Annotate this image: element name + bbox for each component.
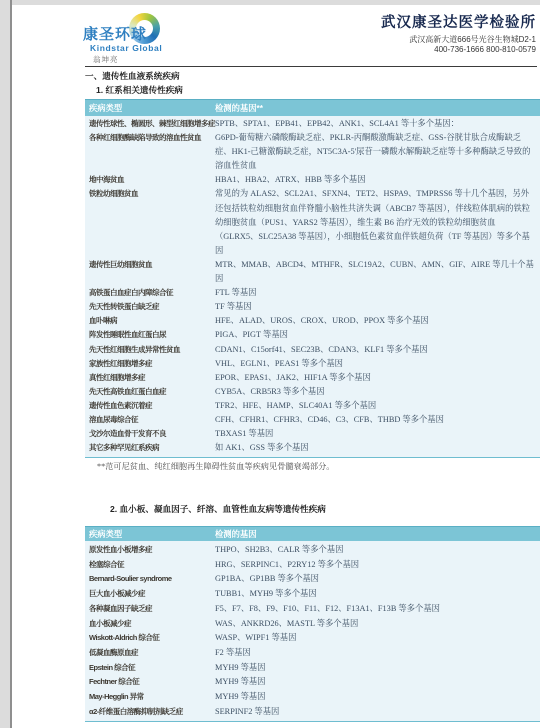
- org-address: 武汉高新大道666号光谷生物城D2-1: [381, 35, 536, 45]
- gene-list-cell: FTL 等基因: [215, 286, 540, 300]
- gene-list-cell: CYB5A、CRB5R3 等多个基因: [215, 385, 540, 399]
- gene-list-cell: CFH、CFHR1、CFHR3、CD46、C3、CFB、THBD 等多个基因: [215, 413, 540, 427]
- column-header-disease: 疾病类型: [85, 100, 215, 116]
- disease-name-cell: 真性红细胞增多症: [85, 371, 215, 385]
- table-row: 栓塞综合征 HRG、SERPINC1、P2RY12 等多个基因: [85, 558, 540, 573]
- table-row: 其它多种罕见红系疾病 如 AK1、GSS 等多个基因: [85, 441, 540, 455]
- table-row: 溶血尿毒综合征 CFH、CFHR1、CFHR3、CD46、C3、CFB、THBD…: [85, 413, 540, 427]
- logo-chinese-name: 康圣环球: [83, 23, 147, 44]
- column-header-genes: 检测的基因: [215, 527, 540, 541]
- table-row: 血卟啉病 HFE、ALAD、UROS、CROX、UROD、PPOX 等多个基因: [85, 314, 540, 328]
- disease-name-cell: 先天性转铁蛋白缺乏症: [85, 300, 215, 314]
- gene-list-cell: 常见的为 ALAS2、SCL2A1、SFXN4、TET2、HSPA9、TMPRS…: [215, 187, 540, 257]
- table-row: 先天性转铁蛋白缺乏症 TF 等基因: [85, 300, 540, 314]
- disease-name-cell: Bernard-Soulier syndrome: [85, 572, 215, 587]
- table-row: 家族性红细胞增多症 VHL、EGLN1、PEAS1 等多个基因: [85, 357, 540, 371]
- disease-name-cell: 各种红细胞酶缺陷导致的溶血性贫血: [85, 131, 215, 173]
- column-header-genes: 检测的基因**: [215, 100, 540, 116]
- table-row: 各种红细胞酶缺陷导致的溶血性贫血 G6PD-葡萄糖六磷酸酶缺乏症、PKLR-丙酮…: [85, 131, 540, 173]
- disease-name-cell: May-Hegglin 异常: [85, 690, 215, 705]
- table-row: 遗传性球性、椭圆形、棘型红细胞增多症 SPTB、SPTA1、EPB41、EPB4…: [85, 117, 540, 131]
- gene-list-cell: HFE、ALAD、UROS、CROX、UROD、PPOX 等多个基因: [215, 314, 540, 328]
- table-header-row: 疾病类型 检测的基因: [85, 526, 540, 541]
- gene-list-cell: TF 等基因: [215, 300, 540, 314]
- gene-list-cell: 如 AK1、GSS 等多个基因: [215, 441, 540, 455]
- disease-name-cell: 原发性血小板增多症: [85, 543, 215, 558]
- disease-name-cell: 血卟啉病: [85, 314, 215, 328]
- table-row: 先天性红细胞生成异常性贫血 CDAN1、C15orf41、SEC23B、CDAN…: [85, 343, 540, 357]
- gene-list-cell: TFR2、HFE、HAMP、SLC40A1 等多个基因: [215, 399, 540, 413]
- subsection-title-2: 2. 血小板、凝血因子、纤溶、血管性血友病等遗传性疾病: [110, 503, 326, 515]
- platelet-coagulation-disease-table: 疾病类型 检测的基因 原发性血小板增多症 THPO、SH2B3、CALR 等多个…: [85, 526, 540, 722]
- gene-list-cell: THPO、SH2B3、CALR 等多个基因: [215, 543, 540, 558]
- table-row: Epstein 综合征 MYH9 等基因: [85, 661, 540, 676]
- disease-name-cell: 栓塞综合征: [85, 558, 215, 573]
- table-row: 高铁蛋白血症白内障综合征 FTL 等基因: [85, 286, 540, 300]
- disease-name-cell: 先天性红细胞生成异常性贫血: [85, 343, 215, 357]
- table-row: α2-纤维蛋白溶酶抑制剂缺乏症 SERPINF2 等基因: [85, 705, 540, 720]
- disease-name-cell: 戈沙尔造血骨干发育不良: [85, 427, 215, 441]
- gene-list-cell: SPTB、SPTA1、EPB41、EPB42、ANK1、SCL4A1 等十多个基…: [215, 117, 540, 131]
- disease-name-cell: α2-纤维蛋白溶酶抑制剂缺乏症: [85, 705, 215, 720]
- table-row: 地中海贫血 HBA1、HBA2、ATRX、HBB 等多个基因: [85, 173, 540, 187]
- gene-list-cell: HBA1、HBA2、ATRX、HBB 等多个基因: [215, 173, 540, 187]
- table-row: Fechtner 综合征 MYH9 等基因: [85, 675, 540, 690]
- org-phones: 400-736-1666 800-810-0579: [381, 45, 536, 55]
- table-body: 原发性血小板增多症 THPO、SH2B3、CALR 等多个基因 栓塞综合征 HR…: [85, 541, 540, 721]
- table-header-row: 疾病类型 检测的基因**: [85, 99, 540, 116]
- disease-name-cell: 高铁蛋白血症白内障综合征: [85, 286, 215, 300]
- table-row: 血小板减少症 WAS、ANKRD26、MASTL 等多个基因: [85, 617, 540, 632]
- red-cell-disease-table: 疾病类型 检测的基因** 遗传性球性、椭圆形、棘型红细胞增多症 SPTB、SPT…: [85, 99, 540, 458]
- gene-list-cell: EPOR、EPAS1、JAK2、HIF1A 等多个基因: [215, 371, 540, 385]
- document-page: 康圣环球 Kindstar Global 翁坤亮 武汉康圣达医学检验所 武汉高新…: [0, 0, 540, 728]
- disease-name-cell: 低凝血酶原血症: [85, 646, 215, 661]
- disease-name-cell: 家族性红细胞增多症: [85, 357, 215, 371]
- table-row: 低凝血酶原血症 F2 等基因: [85, 646, 540, 661]
- gene-list-cell: F2 等基因: [215, 646, 540, 661]
- table-footnote: **范可尼贫血、纯红细胞再生障碍性贫血等疾病见骨髓衰竭部分。: [97, 461, 334, 472]
- table-row: Wiskott-Aldrich 综合征 WASP、WIPF1 等基因: [85, 631, 540, 646]
- gene-list-cell: MYH9 等基因: [215, 675, 540, 690]
- disease-name-cell: 血小板减少症: [85, 617, 215, 632]
- gene-list-cell: PIGA、PIGT 等基因: [215, 328, 540, 342]
- gene-list-cell: CDAN1、C15orf41、SEC23B、CDAN3、KLF1 等多个基因: [215, 343, 540, 357]
- disease-name-cell: Epstein 综合征: [85, 661, 215, 676]
- disease-name-cell: Wiskott-Aldrich 综合征: [85, 631, 215, 646]
- subsection-title-1: 1. 红系相关遗传性疾病: [96, 84, 183, 96]
- gene-list-cell: WASP、WIPF1 等基因: [215, 631, 540, 646]
- disease-name-cell: 其它多种罕见红系疾病: [85, 441, 215, 455]
- gene-list-cell: TBXAS1 等基因: [215, 427, 540, 441]
- disease-name-cell: 遗传性球性、椭圆形、棘型红细胞增多症: [85, 117, 215, 131]
- table-row: May-Hegglin 异常 MYH9 等基因: [85, 690, 540, 705]
- table-row: 铁粒幼细胞贫血 常见的为 ALAS2、SCL2A1、SFXN4、TET2、HSP…: [85, 187, 540, 257]
- gene-list-cell: F5、F7、F8、F9、F10、F11、F12、F13A1、F13B 等多个基因: [215, 602, 540, 617]
- column-header-disease: 疾病类型: [85, 527, 215, 541]
- header-divider: [85, 66, 537, 67]
- disease-name-cell: 各种凝血因子缺乏症: [85, 602, 215, 617]
- table-row: 阵发性睡眠性血红蛋白尿 PIGA、PIGT 等基因: [85, 328, 540, 342]
- disease-name-cell: Fechtner 综合征: [85, 675, 215, 690]
- gene-list-cell: VHL、EGLN1、PEAS1 等多个基因: [215, 357, 540, 371]
- scan-edge-line: [10, 0, 12, 728]
- gene-list-cell: MYH9 等基因: [215, 661, 540, 676]
- table-body: 遗传性球性、椭圆形、棘型红细胞增多症 SPTB、SPTA1、EPB41、EPB4…: [85, 116, 540, 457]
- table-row: Bernard-Soulier syndrome GP1BA、GP1BB 等多个…: [85, 572, 540, 587]
- table-row: 各种凝血因子缺乏症 F5、F7、F8、F9、F10、F11、F12、F13A1、…: [85, 602, 540, 617]
- disease-name-cell: 地中海贫血: [85, 173, 215, 187]
- table-row: 戈沙尔造血骨干发育不良 TBXAS1 等基因: [85, 427, 540, 441]
- gene-list-cell: SERPINF2 等基因: [215, 705, 540, 720]
- gene-list-cell: HRG、SERPINC1、P2RY12 等多个基因: [215, 558, 540, 573]
- table-row: 原发性血小板增多症 THPO、SH2B3、CALR 等多个基因: [85, 543, 540, 558]
- table-row: 遗传性巨幼细胞贫血 MTR、MMAB、ABCD4、MTHFR、SLC19A2、C…: [85, 258, 540, 286]
- table-row: 真性红细胞增多症 EPOR、EPAS1、JAK2、HIF1A 等多个基因: [85, 371, 540, 385]
- disease-name-cell: 先天性高铁血红蛋白血症: [85, 385, 215, 399]
- scan-edge-left: [0, 0, 10, 728]
- gene-list-cell: MYH9 等基因: [215, 690, 540, 705]
- disease-name-cell: 遗传性血色素沉着症: [85, 399, 215, 413]
- disease-name-cell: 铁粒幼细胞贫血: [85, 187, 215, 257]
- table-row: 遗传性血色素沉着症 TFR2、HFE、HAMP、SLC40A1 等多个基因: [85, 399, 540, 413]
- section-title-1: 一、遗传性血液系统疾病: [85, 70, 180, 82]
- table-row: 巨大血小板减少症 TUBB1、MYH9 等多个基因: [85, 587, 540, 602]
- table-row: 先天性高铁血红蛋白血症 CYB5A、CRB5R3 等多个基因: [85, 385, 540, 399]
- logo-english-name: Kindstar Global: [90, 43, 162, 53]
- kindstar-logo: 康圣环球 Kindstar Global: [83, 12, 193, 56]
- gene-list-cell: MTR、MMAB、ABCD4、MTHFR、SLC19A2、CUBN、AMN、GI…: [215, 258, 540, 286]
- disease-name-cell: 阵发性睡眠性血红蛋白尿: [85, 328, 215, 342]
- org-header: 武汉康圣达医学检验所 武汉高新大道666号光谷生物城D2-1 400-736-1…: [381, 11, 536, 55]
- gene-list-cell: WAS、ANKRD26、MASTL 等多个基因: [215, 617, 540, 632]
- gene-list-cell: G6PD-葡萄糖六磷酸酶缺乏症、PKLR-丙酮酸激酶缺乏症、GSS-谷胱甘肽合成…: [215, 131, 540, 173]
- disease-name-cell: 巨大血小板减少症: [85, 587, 215, 602]
- org-title: 武汉康圣达医学检验所: [381, 11, 536, 32]
- scan-edge-top: [0, 0, 540, 5]
- disease-name-cell: 遗传性巨幼细胞贫血: [85, 258, 215, 286]
- gene-list-cell: TUBB1、MYH9 等多个基因: [215, 587, 540, 602]
- disease-name-cell: 溶血尿毒综合征: [85, 413, 215, 427]
- stamp-name: 翁坤亮: [93, 54, 119, 65]
- gene-list-cell: GP1BA、GP1BB 等多个基因: [215, 572, 540, 587]
